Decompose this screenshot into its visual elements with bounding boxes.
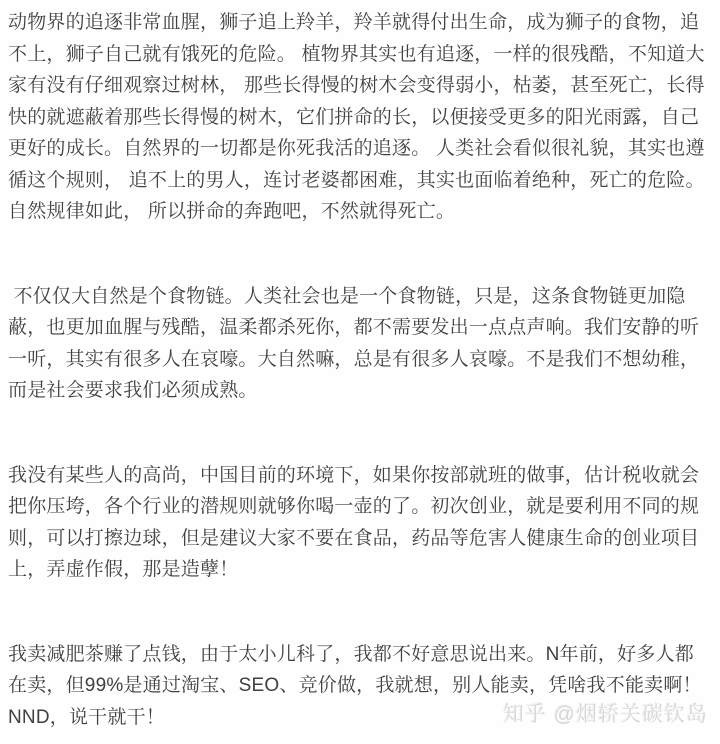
paragraph-animal-world: 动物界的追逐非常血腥，狮子追上羚羊，羚羊就得付出生命，成为狮子的食物，追不上，狮… bbox=[8, 7, 712, 228]
zhihu-answer-screenshot: 动物界的追逐非常血腥，狮子追上羚羊，羚羊就得付出生命，成为狮子的食物，追不上，狮… bbox=[0, 0, 720, 744]
paragraph-business-rules: 我没有某些人的高尚，中国目前的环境下，如果你按部就班的做事，估计税收就会把你压垮… bbox=[8, 460, 712, 586]
paragraph-food-chain: 不仅仅大自然是个食物链。人类社会也是一个食物链，只是，这条食物链更加隐蔽，也更加… bbox=[8, 281, 712, 407]
answer-body: 动物界的追逐非常血腥，狮子追上羚羊，羚羊就得付出生命，成为狮子的食物，追不上，狮… bbox=[0, 0, 720, 733]
zhihu-watermark: 知乎 @烟轿关碳钦岛 bbox=[503, 698, 708, 728]
